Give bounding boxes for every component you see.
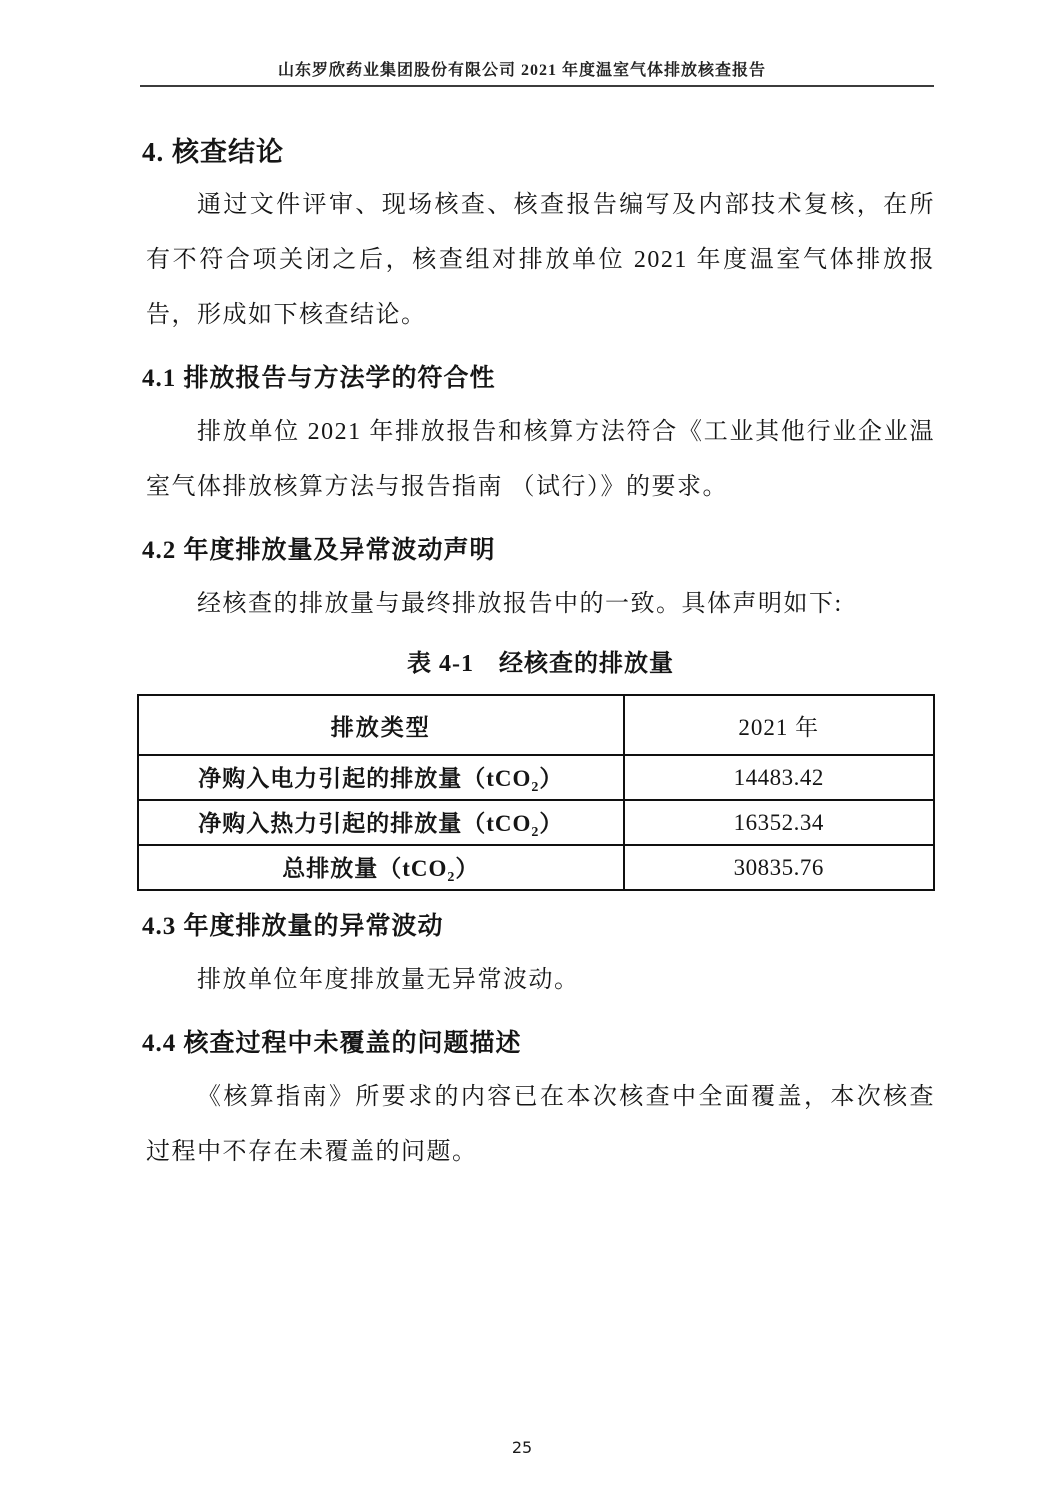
row-label-close: ）: [455, 856, 479, 881]
section-4-3-paragraph: 排放单位年度排放量无异常波动。: [146, 953, 935, 1008]
section-4-heading: 4. 核查结论: [142, 134, 935, 170]
row-value-total: 30835.76: [624, 845, 934, 890]
row-label-text: 净购入热力引起的排放量（tCO: [198, 811, 531, 836]
page-number: 25: [0, 1438, 1044, 1457]
row-label-electricity: 净购入电力引起的排放量（tCO2）: [138, 755, 624, 800]
column-header-emission-type: 排放类型: [138, 695, 624, 755]
section-4-1-paragraph: 排放单位 2021 年排放报告和核算方法符合《工业其他行业企业温室气体排放核算方…: [146, 405, 935, 515]
row-label-text: 净购入电力引起的排放量（tCO: [198, 766, 531, 791]
row-label-close: ）: [539, 766, 563, 791]
row-label-heat: 净购入热力引起的排放量（tCO2）: [138, 800, 624, 845]
section-4-3-heading: 4.3 年度排放量的异常波动: [142, 909, 935, 945]
table-row: 总排放量（tCO2） 30835.76: [138, 845, 934, 890]
header-title: 山东罗欣药业集团股份有限公司 2021 年度温室气体排放核查报告: [0, 57, 1044, 80]
column-header-year: 2021 年: [624, 695, 934, 755]
section-4-4-paragraph: 《核算指南》所要求的内容已在本次核查中全面覆盖，本次核查过程中不存在未覆盖的问题…: [146, 1070, 935, 1180]
table-caption: 表 4-1 经核查的排放量: [146, 646, 935, 682]
table-row: 净购入电力引起的排放量（tCO2） 14483.42: [138, 755, 934, 800]
section-4-2-heading: 4.2 年度排放量及异常波动声明: [142, 533, 935, 569]
row-value-heat: 16352.34: [624, 800, 934, 845]
table-header-row: 排放类型 2021 年: [138, 695, 934, 755]
verified-emissions-table: 排放类型 2021 年 净购入电力引起的排放量（tCO2） 14483.42 净…: [137, 694, 935, 891]
section-4-1-heading: 4.1 排放报告与方法学的符合性: [142, 361, 935, 397]
section-4-paragraph: 通过文件评审、现场核查、核查报告编写及内部技术复核，在所有不符合项关闭之后，核查…: [146, 178, 935, 343]
row-label-total: 总排放量（tCO2）: [138, 845, 624, 890]
header-divider: [140, 85, 934, 87]
section-4-2-paragraph: 经核查的排放量与最终排放报告中的一致。具体声明如下:: [146, 577, 935, 632]
section-4-4-heading: 4.4 核查过程中未覆盖的问题描述: [142, 1026, 935, 1062]
document-page: 山东罗欣药业集团股份有限公司 2021 年度温室气体排放核查报告 4. 核查结论…: [0, 0, 1044, 1494]
row-value-electricity: 14483.42: [624, 755, 934, 800]
row-label-text: 总排放量（tCO: [282, 856, 447, 881]
row-label-close: ）: [539, 811, 563, 836]
document-body: 4. 核查结论 通过文件评审、现场核查、核查报告编写及内部技术复核，在所有不符合…: [146, 120, 935, 1180]
table-row: 净购入热力引起的排放量（tCO2） 16352.34: [138, 800, 934, 845]
